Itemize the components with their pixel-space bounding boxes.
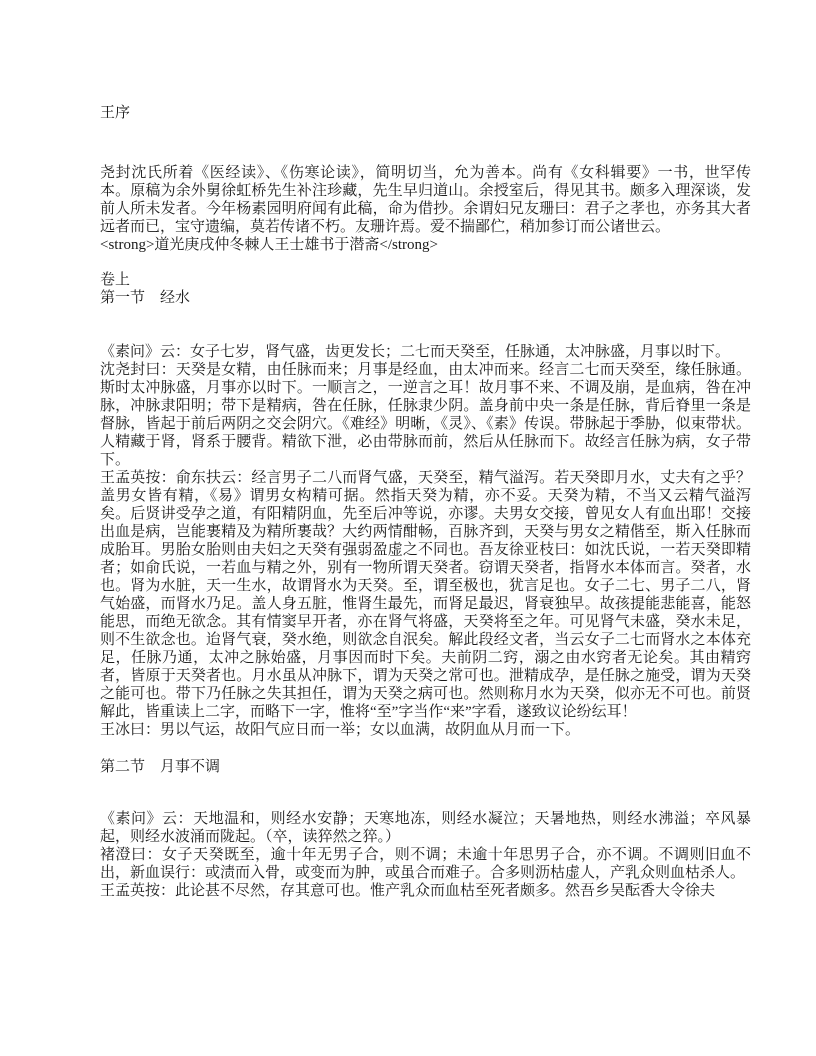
section-1-paragraph-suwen: 《素问》云：女子七岁，肾气盛，齿更发长；二七而天癸至，任脉通，太冲脉盛，月事以时…	[100, 343, 751, 361]
section-2-paragraph-suwen: 《素问》云：天地温和，则经水安静；天寒地冻，则经水凝泣；天暑地热，则经水沸溢；卒…	[100, 810, 751, 846]
section-2-heading: 第二节 月事不调	[100, 758, 751, 776]
preface-paragraph: 尧封沈氏所着《医经读》、《伤寒论读》，简明切当，允为善本。尚有《女科辑要》一书，…	[100, 164, 751, 236]
section-1-paragraph-shenyaofeng: 沈尧封曰：天癸是女精，由任脉而来；月事是经血，由太冲而来。经言二七而天癸至，缘任…	[100, 361, 751, 469]
section-1-heading: 第一节 经水	[100, 289, 751, 307]
preface-signature: <strong>道光庚戌仲冬棘人王士雄书于潜斋</strong>	[100, 236, 751, 254]
document-title: 王序	[100, 104, 751, 122]
volume-heading: 卷上	[100, 271, 751, 289]
section-2-paragraph-chucheng: 褚澄曰：女子天癸既至，逾十年无男子合，则不调；未逾十年思男子合，亦不调。不调则旧…	[100, 846, 751, 882]
document-page-content: 王序 尧封沈氏所着《医经读》、《伤寒论读》，简明切当，允为善本。尚有《女科辑要》…	[100, 104, 751, 900]
section-1-paragraph-wangmengying: 王孟英按：俞东扶云：经言男子二八而肾气盛，天癸至，精气溢泻。若天癸即月水，丈夫有…	[100, 469, 751, 721]
section-2-paragraph-wangmengying: 王孟英按：此论甚不尽然，存其意可也。惟产乳众而血枯至死者颇多。然吾乡吴酝香大令徐…	[100, 882, 751, 900]
section-1-paragraph-wangbing: 王冰曰：男以气运，故阳气应日而一举；女以血满，故阴血从月而一下。	[100, 721, 751, 739]
